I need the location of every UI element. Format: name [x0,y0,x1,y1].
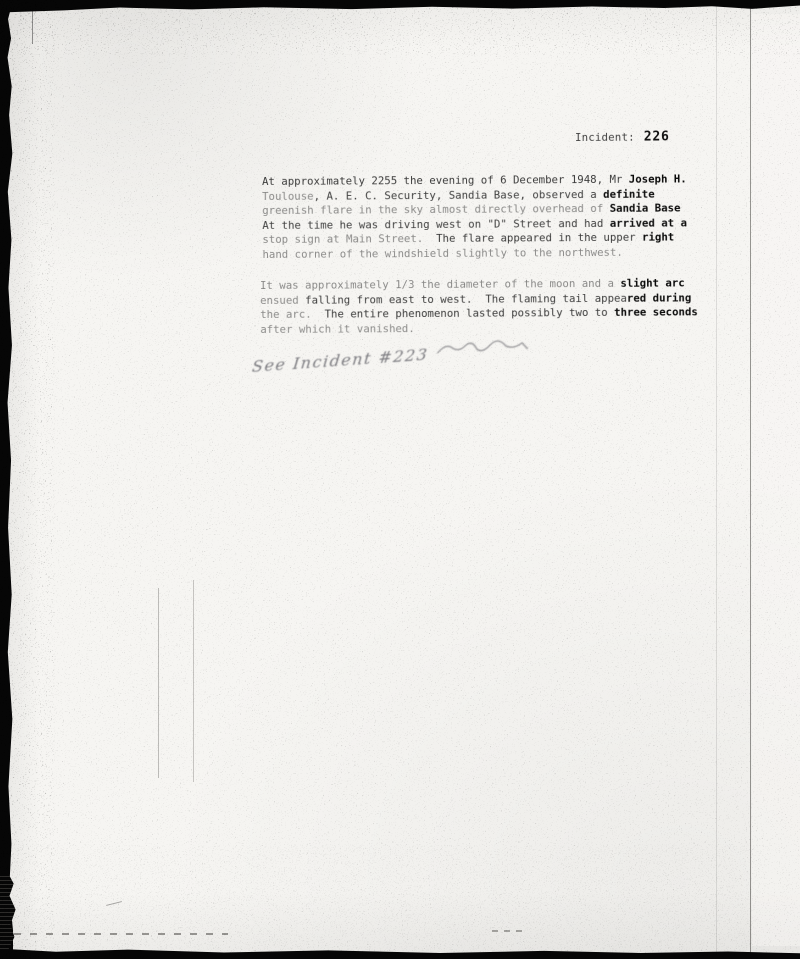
text-line: after which it vanished. [260,320,698,337]
photocopy-shading [0,0,800,959]
incident-number: 226 [644,129,670,144]
vertical-scratch [193,580,194,782]
incident-header: Incident:226 [575,129,670,145]
text-segment: the arc. [260,308,324,321]
text-segment: It was approximately 1/3 the diameter of… [260,277,620,292]
bottom-dashed-mark [14,933,228,935]
text-line: greenish flare in the sky almost directl… [262,201,687,218]
typed-paragraph: At approximately 2255 the evening of 6 D… [262,172,687,262]
text-segment: arrived at a [610,216,687,229]
incident-label: Incident: [575,131,635,144]
text-segment: greenish flare in the sky almost directl… [262,202,610,217]
scan-edge-left [0,0,13,959]
bottom-dashed-mark [492,930,526,932]
scanned-document-page: Incident:226 At approximately 2255 the e… [0,0,800,959]
text-segment: Joseph H. [629,172,687,185]
vertical-scratch [158,588,159,778]
text-segment: , A. E. C. Security, Sandia Base, observ… [314,187,604,202]
text-line: It was approximately 1/3 the diameter of… [260,276,698,293]
scan-edge-corner [0,873,19,949]
pencil-mark [106,901,122,906]
scan-edge-bottom [0,947,800,959]
faint-fold-line [716,0,717,959]
text-segment: Sandia Base [610,202,681,215]
text-segment: Toulouse [262,189,314,202]
text-segment: after which it vanished. [260,322,415,336]
text-segment: stop sign at Main Street. [262,232,436,246]
text-segment: red during [627,291,691,304]
handwritten-note-text: See Incident #223 [251,344,429,376]
text-line: hand corner of the windshield slightly t… [262,245,687,262]
text-segment: At the time he was driving west on "D" S… [262,217,610,232]
text-segment: slight arc [620,276,684,289]
scan-edge-top [0,0,800,13]
text-segment: three seconds [614,305,698,319]
text-segment: At approximately 2255 the evening of 6 D… [262,173,629,188]
scan-noise-overlay [0,0,800,959]
text-line: the arc. The entire phenomenon lasted po… [260,305,698,322]
illegible-squiggle [433,332,532,365]
page-fold-line [750,0,751,959]
text-segment: definite [603,187,655,200]
text-segment: hand corner of the windshield slightly t… [262,246,622,261]
text-segment: The flare appeared in the upper [436,231,642,245]
text-segment: ensued [260,293,305,306]
text-segment: falling from east to west. The flaming t… [305,291,627,306]
typed-paragraph: It was approximately 1/3 the diameter of… [260,276,698,337]
text-segment: The entire phenomenon lasted possibly tw… [325,306,615,321]
page-margin-strip [752,14,800,946]
text-segment: right [642,231,674,244]
text-line: At approximately 2255 the evening of 6 D… [262,172,687,189]
handwritten-note: See Incident #223 [251,332,532,378]
text-line: stop sign at Main Street. The flare appe… [262,231,687,248]
